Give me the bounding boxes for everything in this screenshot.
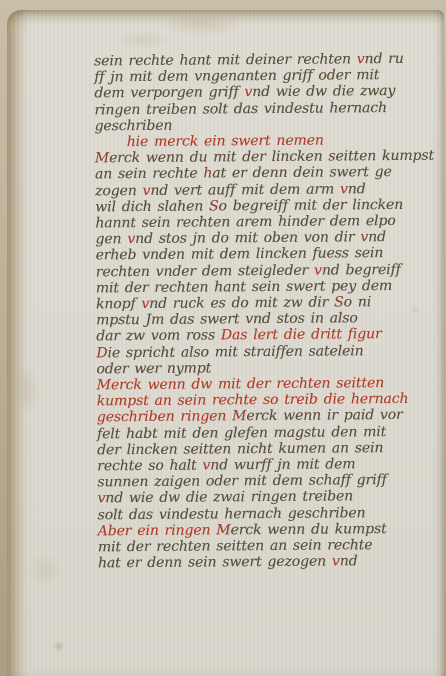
text-segment: v [202,458,210,474]
text-segment: nd [368,229,386,245]
text-line: sein rechte hant mit deiner rechten vnd … [94,51,436,70]
text-segment: rechten vnder dem steigleder [96,262,314,280]
text-segment: S [209,198,219,214]
text-segment: Merck wenn dw mit der rechten seitten [97,375,385,393]
text-segment: nd [348,181,366,197]
text-segment: oder wer nympt [96,360,211,377]
text-segment: S [334,294,344,310]
text-line: ringen treiben solt das vindestu hernach [94,99,436,118]
text-segment: o begreiff mit der lincken [218,197,403,214]
text-segment: mpstu Jm das swert vnd stos in also [96,311,358,329]
text-segment: nd ru [364,51,403,67]
text-segment: nd ruck es do mit zw dir [149,295,334,312]
text-segment: at er denn dein swert ge [212,164,391,181]
text-segment: nd [340,554,358,570]
text-segment: M [95,150,109,166]
text-segment: nd wurff jn mit dem [210,456,355,473]
text-segment: nd wie dw die zway [252,83,395,100]
text-segment: nd wie dw die zwai ringen treiben [105,489,353,507]
text-line: geschriben ringen Merck wenn ir paid vor [97,407,439,426]
text-segment: zogen [95,183,143,199]
text-segment: der lincken seitten nicht kumen an sein [97,440,383,458]
text-segment: solt das vindestu hernach geschriben [98,505,366,523]
text-segment: sunnen zaigen oder mit dem schaff griff [97,472,386,490]
text-segment: erck wenn du kumpst [230,521,386,538]
text-block: sein rechte hant mit deiner rechten vnd … [94,51,440,572]
text-segment: erck wenn ir paid vor [246,407,402,424]
text-line: hannt sein rechten arem hinder dem elpo [95,213,437,232]
text-segment: hie merck ein swert nemen [127,133,324,151]
text-segment: erheb vnden mit dem lincken fuess sein [95,246,383,264]
text-segment: ie spricht also mit straiffen satelein [107,343,363,361]
text-segment: D [96,345,107,361]
text-segment: mit der rechten seitten an sein rechte [98,537,373,555]
text-segment: geschriben ringen [97,409,232,426]
text-segment: sein rechte hant mit deiner rechten [94,51,357,69]
text-segment: M [232,409,246,425]
text-segment: ringen treiben solt das vindestu hernach [94,100,387,118]
text-segment: knopf [96,296,142,312]
manuscript-page: sein rechte hant mit deiner rechten vnd … [7,10,444,676]
text-segment: nd stos jn do mit oben von dir [135,229,360,247]
text-segment: v [340,181,348,197]
text-segment: ff jn mit dem vngenanten griff oder mit [94,67,379,85]
text-segment: v [332,554,340,570]
text-line: mit der rechten hant sein swert pey dem [96,278,438,297]
text-segment: v [127,231,135,247]
text-segment: o ni [344,294,372,310]
text-segment: gen [95,231,127,247]
text-segment: geschriben [94,118,172,135]
text-line: an sein rechte hat er denn dein swert ge [95,164,437,183]
text-segment: v [360,229,368,245]
text-segment: rechte so halt [97,458,202,475]
text-segment: nd vert auff mit dem arm [150,181,340,198]
text-segment: v [97,491,105,507]
text-segment: Aber ein ringen [98,522,217,539]
text-segment: v [244,85,252,101]
text-segment: Das lert die dritt figur [221,327,382,344]
text-segment: M [216,522,230,538]
text-segment: an sein rechte [95,166,204,183]
text-segment: wil dich slahen [95,198,209,215]
text-segment: v [357,51,365,67]
manuscript-photo: sein rechte hant mit deiner rechten vnd … [0,0,446,676]
text-segment: dar zw vom ross [96,328,221,345]
text-segment: dem verporgen griff [94,85,244,102]
text-segment: nd begreiff [322,262,401,279]
text-line: hat er denn sein swert gezogen vnd [98,553,440,572]
text-segment: hat er denn sein swert gezogen [98,554,332,572]
text-segment: felt habt mit den glefen magstu den mit [97,424,386,442]
